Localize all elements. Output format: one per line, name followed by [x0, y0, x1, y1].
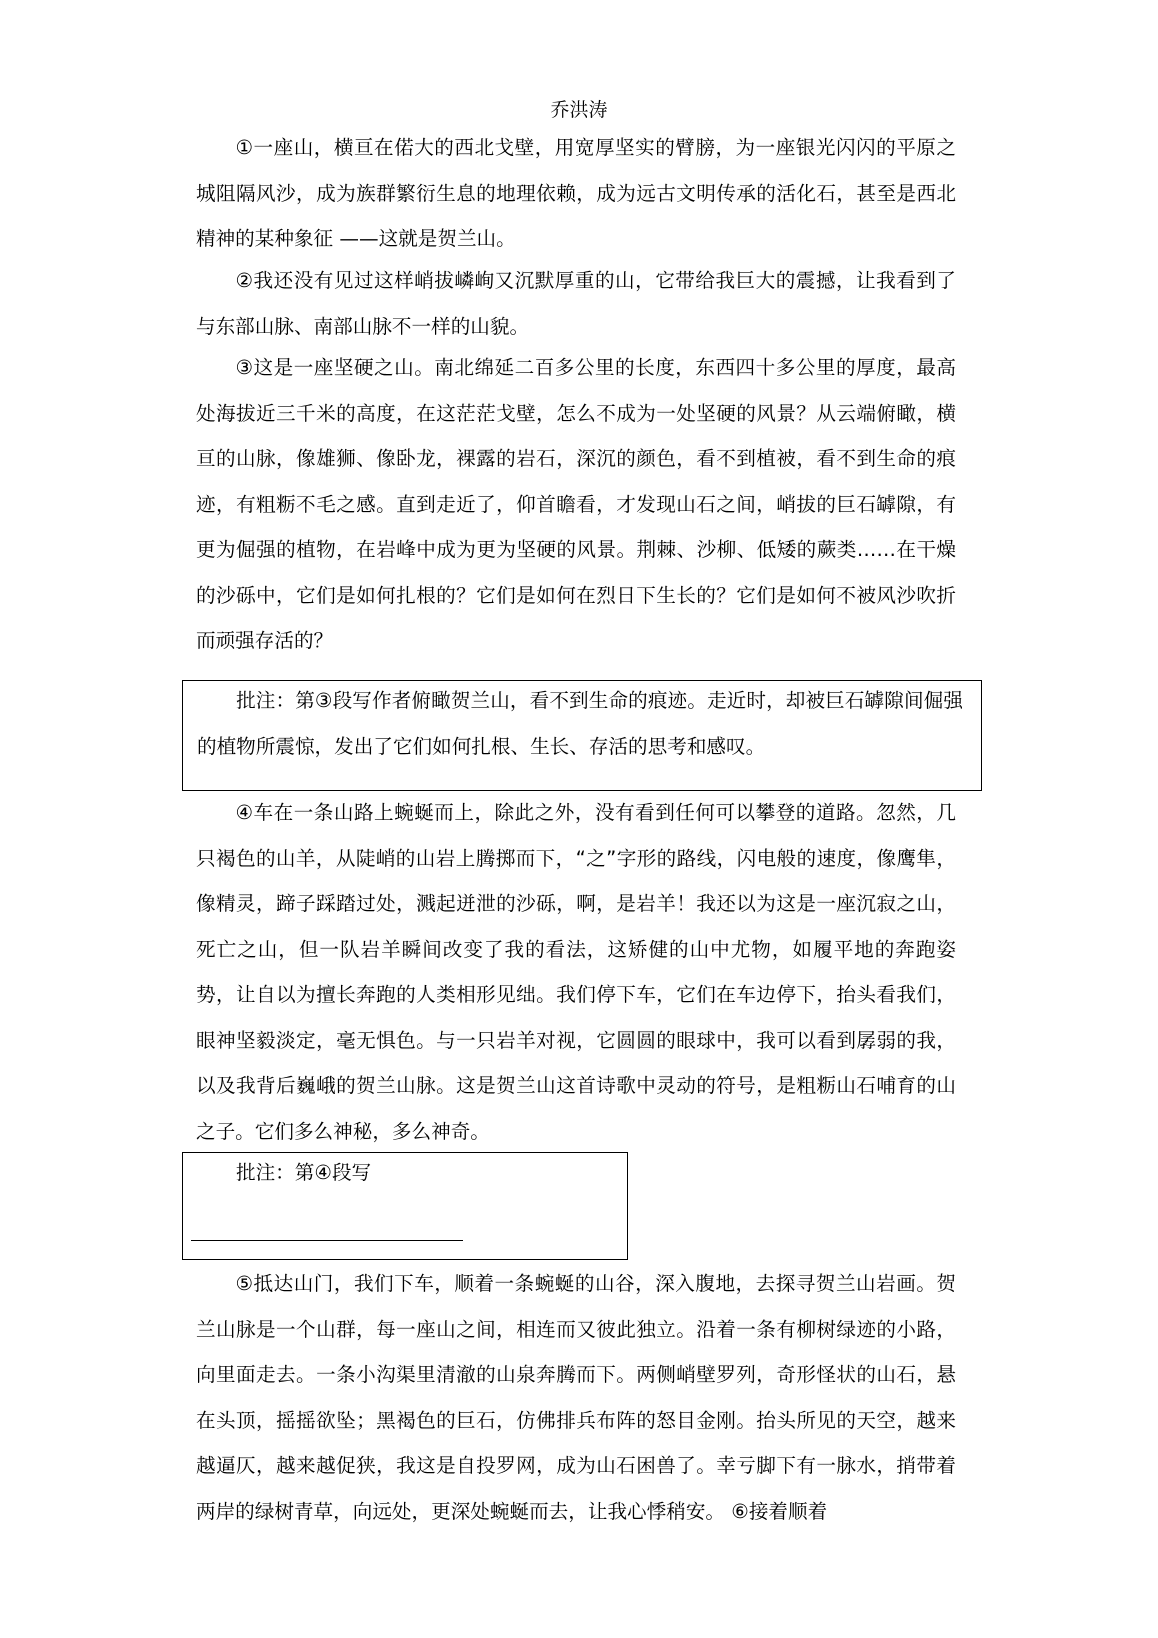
paragraph-5-text: ⑤抵达山门，我们下车，顺着一条蜿蜒的山谷，深入腹地，去探寻贺兰山岩画。贺兰山脉是…: [196, 1272, 956, 1523]
annotation-box-paragraph-3: 批注：第③段写作者俯瞰贺兰山，看不到生命的痕迹。走近时，却被巨石罅隙间倔强的植物…: [182, 680, 982, 791]
paragraph-3-text: ③这是一座坚硬之山。南北绵延二百多公里的长度，东西四十多公里的厚度，最高处海拔近…: [196, 356, 956, 652]
author-name: 乔洪涛: [0, 96, 1158, 124]
paragraph-3: ③这是一座坚硬之山。南北绵延二百多公里的长度，东西四十多公里的厚度，最高处海拔近…: [196, 345, 956, 664]
document-page: 乔洪涛 ①一座山，横亘在偌大的西北戈壁，用宽厚坚实的臂膀，为一座银光闪闪的平原之…: [0, 0, 1158, 1638]
paragraph-2: ②我还没有见过这样峭拔嶙峋又沉默厚重的山，它带给我巨大的震撼，让我看到了与东部山…: [196, 258, 956, 349]
paragraph-1: ①一座山，横亘在偌大的西北戈壁，用宽厚坚实的臂膀，为一座银光闪闪的平原之城阻隔风…: [196, 125, 956, 262]
paragraph-2-text: ②我还没有见过这样峭拔嶙峋又沉默厚重的山，它带给我巨大的震撼，让我看到了与东部山…: [196, 269, 956, 338]
annotation-box-paragraph-4: 批注：第④段写: [182, 1152, 628, 1260]
annotation-4: 批注：第④段写: [197, 1150, 617, 1196]
paragraph-5: ⑤抵达山门，我们下车，顺着一条蜿蜒的山谷，深入腹地，去探寻贺兰山岩画。贺兰山脉是…: [196, 1261, 956, 1534]
answer-blank-line[interactable]: [191, 1240, 463, 1241]
paragraph-1-text: ①一座山，横亘在偌大的西北戈壁，用宽厚坚实的臂膀，为一座银光闪闪的平原之城阻隔风…: [196, 136, 956, 250]
annotation-3: 批注：第③段写作者俯瞰贺兰山，看不到生命的痕迹。走近时，却被巨石罅隙间倔强的植物…: [197, 678, 963, 769]
paragraph-4-text: ④车在一条山路上蜿蜒而上，除此之外，没有看到任何可以攀登的道路。忽然，几只褐色的…: [196, 801, 956, 1143]
annotation-4-text: 批注：第④段写: [236, 1161, 371, 1184]
annotation-3-text: 批注：第③段写作者俯瞰贺兰山，看不到生命的痕迹。走近时，却被巨石罅隙间倔强的植物…: [197, 689, 963, 758]
paragraph-4: ④车在一条山路上蜿蜒而上，除此之外，没有看到任何可以攀登的道路。忽然，几只褐色的…: [196, 790, 956, 1154]
